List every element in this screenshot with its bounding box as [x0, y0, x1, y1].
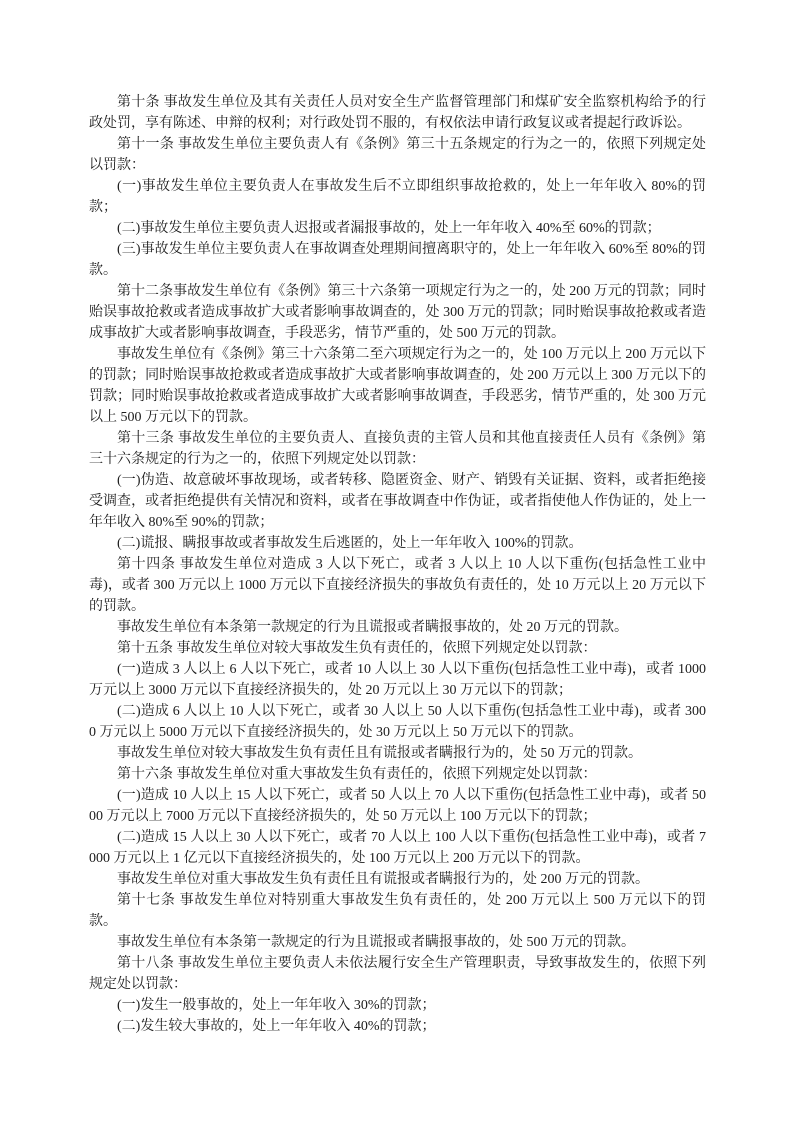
paragraph: (二)发生较大事故的，处上一年年收入 40%的罚款；: [89, 1016, 706, 1037]
paragraph: 第十八条 事故发生单位主要负责人未依法履行安全生产管理职责，导致事故发生的，依照…: [89, 953, 706, 995]
paragraph: 第十七条 事故发生单位对特别重大事故发生负有责任的，处 200 万元以上 500…: [89, 890, 706, 932]
paragraph: 第十三条 事故发生单位的主要负责人、直接负责的主管人员和其他直接责任人员有《条例…: [89, 428, 706, 470]
paragraph: 第十四条 事故发生单位对造成 3 人以下死亡，或者 3 人以上 10 人以下重伤…: [89, 554, 706, 617]
paragraph: 第十一条 事故发生单位主要负责人有《条例》第三十五条规定的行为之一的，依照下列规…: [89, 134, 706, 176]
document-page: 第十条 事故发生单位及其有关责任人员对安全生产监督管理部门和煤矿安全监察机构给予…: [0, 0, 793, 1122]
paragraph: 第十条 事故发生单位及其有关责任人员对安全生产监督管理部门和煤矿安全监察机构给予…: [89, 92, 706, 134]
paragraph: (二)造成 6 人以上 10 人以下死亡，或者 30 人以上 50 人以下重伤(…: [89, 701, 706, 743]
paragraph: 事故发生单位对较大事故发生负有责任且有谎报或者瞒报行为的，处 50 万元的罚款。: [89, 743, 706, 764]
paragraph: (一)伪造、故意破坏事故现场，或者转移、隐匿资金、财产、销毁有关证据、资料，或者…: [89, 470, 706, 533]
paragraph: 第十二条事故发生单位有《条例》第三十六条第一项规定行为之一的，处 200 万元的…: [89, 281, 706, 344]
paragraph: (一)造成 10 人以上 15 人以下死亡，或者 50 人以上 70 人以下重伤…: [89, 785, 706, 827]
paragraph: (一)事故发生单位主要负责人在事故发生后不立即组织事故抢救的，处上一年年收入 8…: [89, 176, 706, 218]
paragraph: 第十六条 事故发生单位对重大事故发生负有责任的，依照下列规定处以罚款：: [89, 764, 706, 785]
paragraph: (一)造成 3 人以上 6 人以下死亡，或者 10 人以上 30 人以下重伤(包…: [89, 659, 706, 701]
paragraph: 事故发生单位对重大事故发生负有责任且有谎报或者瞒报行为的，处 200 万元的罚款…: [89, 869, 706, 890]
paragraph: 第十五条 事故发生单位对较大事故发生负有责任的，依照下列规定处以罚款：: [89, 638, 706, 659]
paragraph: (一)发生一般事故的，处上一年年收入 30%的罚款；: [89, 995, 706, 1016]
paragraph: (二)谎报、瞒报事故或者事故发生后逃匿的，处上一年年收入 100%的罚款。: [89, 533, 706, 554]
paragraph: 事故发生单位有本条第一款规定的行为且谎报或者瞒报事故的，处 20 万元的罚款。: [89, 617, 706, 638]
paragraph: 事故发生单位有本条第一款规定的行为且谎报或者瞒报事故的，处 500 万元的罚款。: [89, 932, 706, 953]
paragraph: (二)事故发生单位主要负责人迟报或者漏报事故的，处上一年年收入 40%至 60%…: [89, 218, 706, 239]
paragraph: (三)事故发生单位主要负责人在事故调查处理期间擅离职守的，处上一年年收入 60%…: [89, 239, 706, 281]
paragraph: (二)造成 15 人以上 30 人以下死亡，或者 70 人以上 100 人以下重…: [89, 827, 706, 869]
document-body-text: 第十条 事故发生单位及其有关责任人员对安全生产监督管理部门和煤矿安全监察机构给予…: [89, 92, 706, 1037]
paragraph: 事故发生单位有《条例》第三十六条第二至六项规定行为之一的，处 100 万元以上 …: [89, 344, 706, 428]
